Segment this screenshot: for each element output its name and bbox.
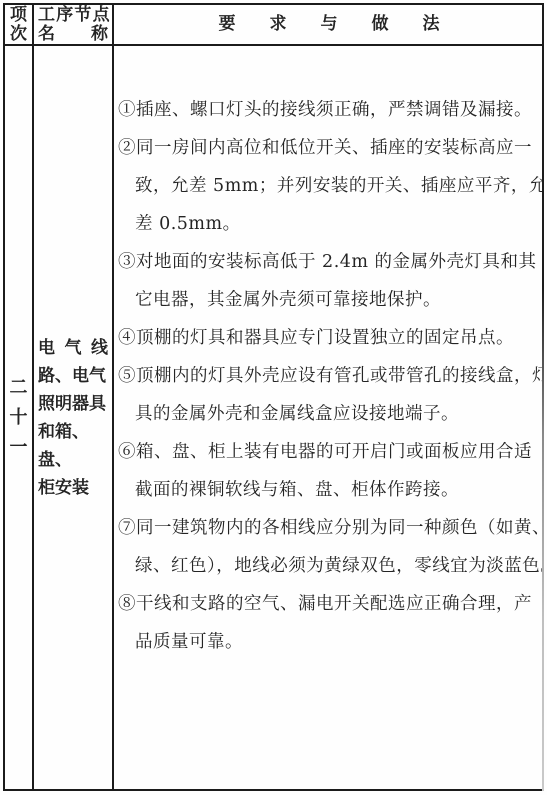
requirement-item: ④顶棚的灯具和器具应专门设置独立的固定吊点。 bbox=[118, 319, 540, 357]
requirement-line: ⑧干线和支路的空气、漏电开关配选应正确合理，产 bbox=[118, 585, 540, 623]
spread-char: 线 bbox=[91, 334, 108, 362]
item-number-char: 十 bbox=[10, 403, 28, 433]
cell-process-name: 电气线路、电气照明器具和箱、盘、柜安装 bbox=[34, 46, 114, 789]
requirement-line: ①插座、螺口灯头的接线须正确，严禁调错及漏接。 bbox=[118, 91, 540, 129]
item-number-char: 二 bbox=[10, 373, 28, 403]
document-page: 项 次 工序节点 名称 要求与做法 二十一 电气线路、电气照明器具和箱、盘、柜安… bbox=[0, 0, 547, 795]
process-table: 项 次 工序节点 名称 要求与做法 二十一 电气线路、电气照明器具和箱、盘、柜安… bbox=[3, 3, 544, 791]
header-process-name-line2: 名称 bbox=[38, 25, 108, 44]
requirement-item: ①插座、螺口灯头的接线须正确，严禁调错及漏接。 bbox=[118, 91, 540, 129]
cell-item-no: 二十一 bbox=[5, 46, 34, 789]
cell-requirements: ①插座、螺口灯头的接线须正确，严禁调错及漏接。②同一房间内高位和低位开关、插座的… bbox=[114, 46, 544, 789]
requirement-line: ④顶棚的灯具和器具应专门设置独立的固定吊点。 bbox=[118, 319, 540, 357]
process-name-line: 电气线 bbox=[38, 334, 108, 362]
requirement-line: 差 0.5mm。 bbox=[118, 205, 540, 243]
spread-char: 电 bbox=[38, 334, 55, 362]
requirement-line: ③对地面的安装标高低于 2.4m 的金属外壳灯具和其 bbox=[118, 243, 540, 281]
requirement-line: 具的金属外壳和金属线盒应设接地端子。 bbox=[118, 395, 540, 433]
process-name-line: 柜安装 bbox=[38, 474, 108, 502]
header-item-no-line1: 项 bbox=[10, 6, 27, 25]
requirement-item: ③对地面的安装标高低于 2.4m 的金属外壳灯具和其它电器，其金属外壳须可靠接地… bbox=[118, 243, 540, 319]
header-cell-requirements: 要求与做法 bbox=[114, 5, 544, 46]
process-name-line: 路、电气 bbox=[38, 362, 108, 390]
requirement-line: 致，允差 5mm；并列安装的开关、插座应平齐，允 bbox=[118, 167, 540, 205]
header-requirements-title: 要求与做法 bbox=[219, 15, 474, 34]
requirement-line: ⑦同一建筑物内的各相线应分别为同一种颜色（如黄、 bbox=[118, 509, 540, 547]
requirement-line: ⑥箱、盘、柜上装有电器的可开启门或面板应用合适 bbox=[118, 433, 540, 471]
requirement-line: 品质量可靠。 bbox=[118, 623, 540, 661]
process-name-line: 照明器具 bbox=[38, 390, 108, 418]
requirement-item: ⑤顶棚内的灯具外壳应设有管孔或带管孔的接线盒，灯具的金属外壳和金属线盒应设接地端… bbox=[118, 357, 540, 433]
process-name: 电气线路、电气照明器具和箱、盘、柜安装 bbox=[38, 334, 108, 502]
spread-char: 气 bbox=[65, 334, 82, 362]
item-number-char: 一 bbox=[10, 433, 28, 463]
requirement-line: ⑤顶棚内的灯具外壳应设有管孔或带管孔的接线盒，灯 bbox=[118, 357, 540, 395]
header-process-name-line1: 工序节点 bbox=[38, 6, 108, 25]
header-item-no-line2: 次 bbox=[10, 25, 27, 44]
item-number-vertical: 二十一 bbox=[10, 373, 28, 463]
table-right-border bbox=[542, 3, 544, 791]
spread-char: 名 bbox=[38, 25, 55, 44]
requirement-line: 截面的裸铜软线与箱、盘、柜体作跨接。 bbox=[118, 471, 540, 509]
requirement-line: ②同一房间内高位和低位开关、插座的安装标高应一 bbox=[118, 129, 540, 167]
requirement-item: ②同一房间内高位和低位开关、插座的安装标高应一致，允差 5mm；并列安装的开关、… bbox=[118, 129, 540, 243]
requirement-item: ⑦同一建筑物内的各相线应分别为同一种颜色（如黄、绿、红色），地线必须为黄绿双色，… bbox=[118, 509, 540, 585]
header-cell-item-no: 项 次 bbox=[5, 5, 34, 46]
requirement-item: ⑥箱、盘、柜上装有电器的可开启门或面板应用合适截面的裸铜软线与箱、盘、柜体作跨接… bbox=[118, 433, 540, 509]
requirements-list: ①插座、螺口灯头的接线须正确，严禁调错及漏接。②同一房间内高位和低位开关、插座的… bbox=[118, 91, 540, 661]
requirement-line: 绿、红色），地线必须为黄绿双色，零线宜为淡蓝色。 bbox=[118, 547, 540, 585]
header-cell-process-name: 工序节点 名称 bbox=[34, 5, 114, 46]
process-name-line: 和箱、盘、 bbox=[38, 418, 108, 474]
requirement-line: 它电器，其金属外壳须可靠接地保护。 bbox=[118, 281, 540, 319]
requirement-item: ⑧干线和支路的空气、漏电开关配选应正确合理，产品质量可靠。 bbox=[118, 585, 540, 661]
spread-char: 称 bbox=[91, 25, 108, 44]
